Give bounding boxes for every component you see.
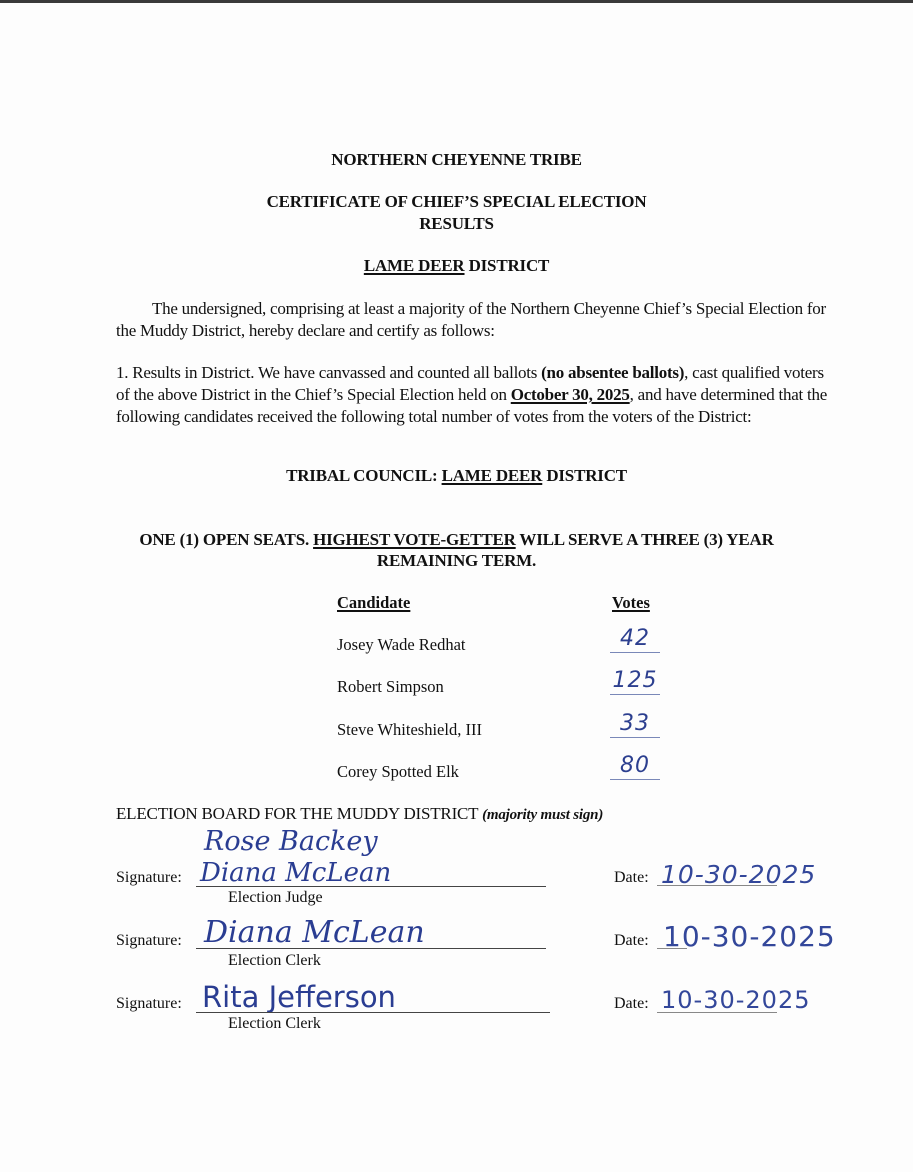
vote-count: 80 [610, 753, 660, 780]
signature-label: Signature: [116, 932, 182, 950]
signer-role: Election Clerk [228, 952, 321, 970]
election-date: October 30, 2025 [511, 385, 630, 404]
vote-count: 42 [610, 626, 660, 653]
certificate-title-line2: RESULTS [0, 214, 913, 234]
signature-line[interactable] [196, 886, 546, 887]
candidate-name: Robert Simpson [337, 677, 444, 697]
signature-handwriting: Diana McLean [204, 915, 425, 950]
signature-handwriting: Rita Jefferson [202, 980, 396, 1014]
absentee-note: (no absentee ballots) [541, 363, 684, 382]
district-name: LAME DEER [364, 256, 465, 275]
council-heading: TRIBAL COUNCIL: LAME DEER DISTRICT [0, 466, 913, 486]
signer-role: Election Clerk [228, 1015, 321, 1033]
column-header-candidate: Candidate [337, 593, 410, 613]
signature-handwriting-top: Rose Backey [204, 826, 378, 857]
signature-line[interactable] [196, 948, 546, 949]
candidate-name: Corey Spotted Elk [337, 762, 459, 782]
intro-paragraph: The undersigned, comprising at least a m… [116, 298, 828, 342]
column-header-votes: Votes [612, 593, 650, 613]
date-label: Date: [614, 869, 649, 887]
date-label: Date: [614, 995, 649, 1013]
vote-count: 125 [610, 668, 660, 695]
certificate-title-line1: CERTIFICATE OF CHIEF’S SPECIAL ELECTION [0, 192, 913, 212]
scan-top-edge [0, 0, 913, 3]
seats-heading: ONE (1) OPEN SEATS. HIGHEST VOTE-GETTER … [0, 530, 913, 550]
org-title: NORTHERN CHEYENNE TRIBE [0, 150, 913, 170]
signature-label: Signature: [116, 995, 182, 1013]
signature-label: Signature: [116, 869, 182, 887]
signature-line[interactable] [196, 1012, 550, 1013]
signature-handwriting: Diana McLean [200, 858, 391, 888]
seats-heading-line2: REMAINING TERM. [0, 551, 913, 571]
results-paragraph: 1. Results in District. We have canvasse… [116, 362, 828, 428]
date-label: Date: [614, 932, 649, 950]
vote-count: 33 [610, 711, 660, 738]
signer-role: Election Judge [228, 889, 323, 907]
candidate-name: Josey Wade Redhat [337, 635, 466, 655]
board-heading: ELECTION BOARD FOR THE MUDDY DISTRICT (m… [116, 804, 603, 824]
date-handwriting: 10-30-2025 [661, 860, 816, 889]
date-handwriting: 10-30-2025 [663, 920, 836, 953]
candidate-name: Steve Whiteshield, III [337, 720, 482, 740]
date-handwriting: 10-30-2025 [661, 986, 810, 1014]
district-title: LAME DEER DISTRICT [0, 256, 913, 276]
